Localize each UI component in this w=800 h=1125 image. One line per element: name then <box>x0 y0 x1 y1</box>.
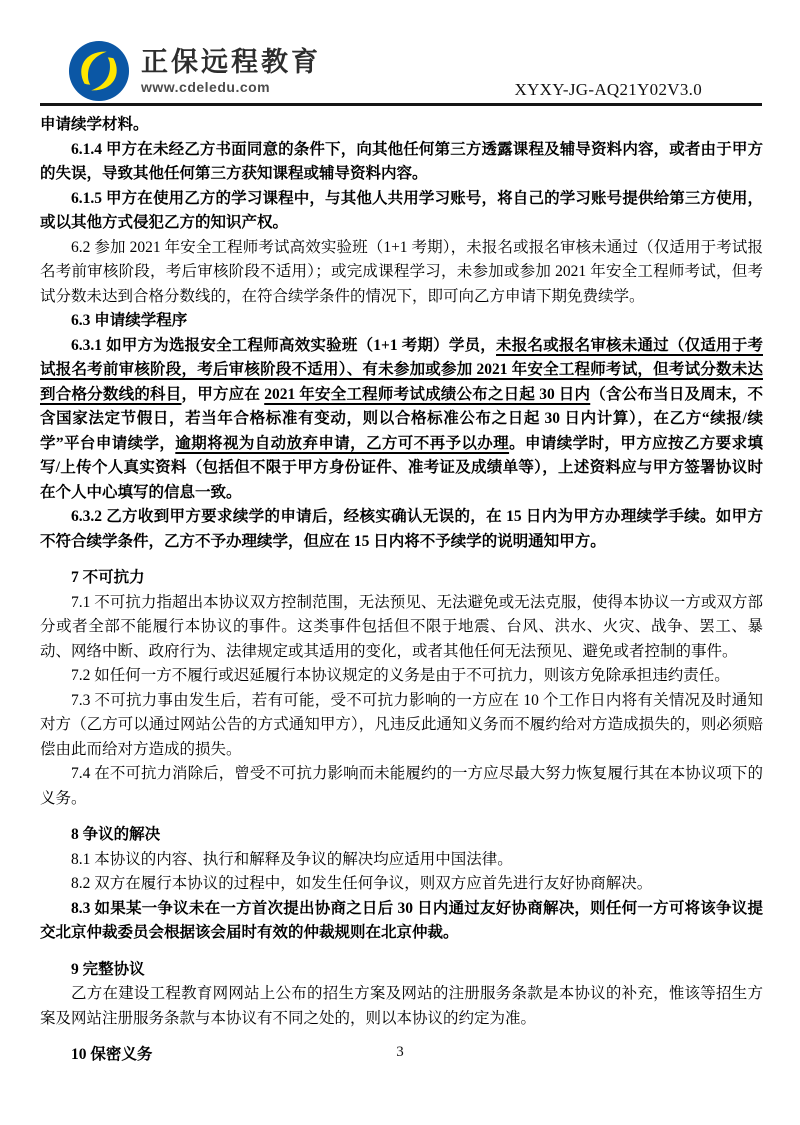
clause-6-3-2: 6.3.2 乙方收到甲方要求续学的申请后，经核实确认无误的，在 15 日内为甲方… <box>40 505 763 554</box>
clause-9-body: 乙方在建设工程教育网网站上公布的招生方案及网站的注册服务条款是本协议的补充，惟该… <box>40 982 763 1031</box>
document-code: XYXY-JG-AQ21Y02V3.0 <box>515 80 763 103</box>
clause-6-3-1: 6.3.1 如甲方为选报安全工程师高效实验班（1+1 考期）学员，未报名或报名审… <box>40 334 763 506</box>
clause-7-1: 7.1 不可抗力指超出本协议双方控制范围，无法预见、无法避免或无法克服，使得本协… <box>40 591 763 665</box>
brand-name: 正保远程教育 <box>141 46 321 78</box>
brand-block: 正保远程教育 www.cdeledu.com <box>40 40 321 103</box>
underlined-text: 逾期将视为自动放弃申请，乙方可不再予以办理 <box>175 435 509 452</box>
company-logo-icon <box>68 40 130 102</box>
clause-8-3: 8.3 如果某一争议未在一方首次提出协商之日后 30 日内通过友好协商解决，则任… <box>40 897 763 946</box>
heading-6-3: 6.3 申请续学程序 <box>40 309 763 334</box>
underlined-text: 2021 年安全工程师考试成绩公布之日起 30 日内 <box>264 386 590 403</box>
clause-6-1-4: 6.1.4 甲方在未经乙方书面同意的条件下，向其他任何第三方透露课程及辅导资料内… <box>40 138 763 187</box>
page-number: 3 <box>0 1044 800 1061</box>
contract-page: 正保远程教育 www.cdeledu.com XYXY-JG-AQ21Y02V3… <box>0 0 800 1125</box>
clause-8-1: 8.1 本协议的内容、执行和解释及争议的解决均应适用中国法律。 <box>40 848 763 873</box>
heading-7: 7 不可抗力 <box>40 566 763 591</box>
clause-8-2: 8.2 双方在履行本协议的过程中，如发生任何争议，则双方应首先进行友好协商解决。 <box>40 872 763 897</box>
heading-9: 9 完整协议 <box>40 958 763 983</box>
brand-url: www.cdeledu.com <box>141 79 321 96</box>
brand-text: 正保远程教育 www.cdeledu.com <box>141 46 321 95</box>
clause-6-2: 6.2 参加 2021 年安全工程师考试高效实验班（1+1 考期），未报名或报名… <box>40 236 763 310</box>
clause-7-4: 7.4 在不可抗力消除后，曾受不可抗力影响而未能履约的一方应尽最大努力恢复履行其… <box>40 762 763 811</box>
clause-7-2: 7.2 如任何一方不履行或迟延履行本协议规定的义务是由于不可抗力，则该方免除承担… <box>40 664 763 689</box>
clause-6-1-5: 6.1.5 甲方在使用乙方的学习课程中，与其他人共用学习账号，将自己的学习账号提… <box>40 187 763 236</box>
continuation-text: 申请续学材料。 <box>40 113 763 138</box>
heading-8: 8 争议的解决 <box>40 823 763 848</box>
document-body: 申请续学材料。6.1.4 甲方在未经乙方书面同意的条件下，向其他任何第三方透露课… <box>40 113 763 1068</box>
text-run: ，甲方应在 <box>182 386 265 403</box>
page-header: 正保远程教育 www.cdeledu.com XYXY-JG-AQ21Y02V3… <box>40 0 762 106</box>
clause-7-3: 7.3 不可抗力事由发生后，若有可能，受不可抗力影响的一方应在 10 个工作日内… <box>40 689 763 763</box>
text-run: 6.3.1 如甲方为选报安全工程师高效实验班（1+1 考期）学员， <box>71 337 496 354</box>
